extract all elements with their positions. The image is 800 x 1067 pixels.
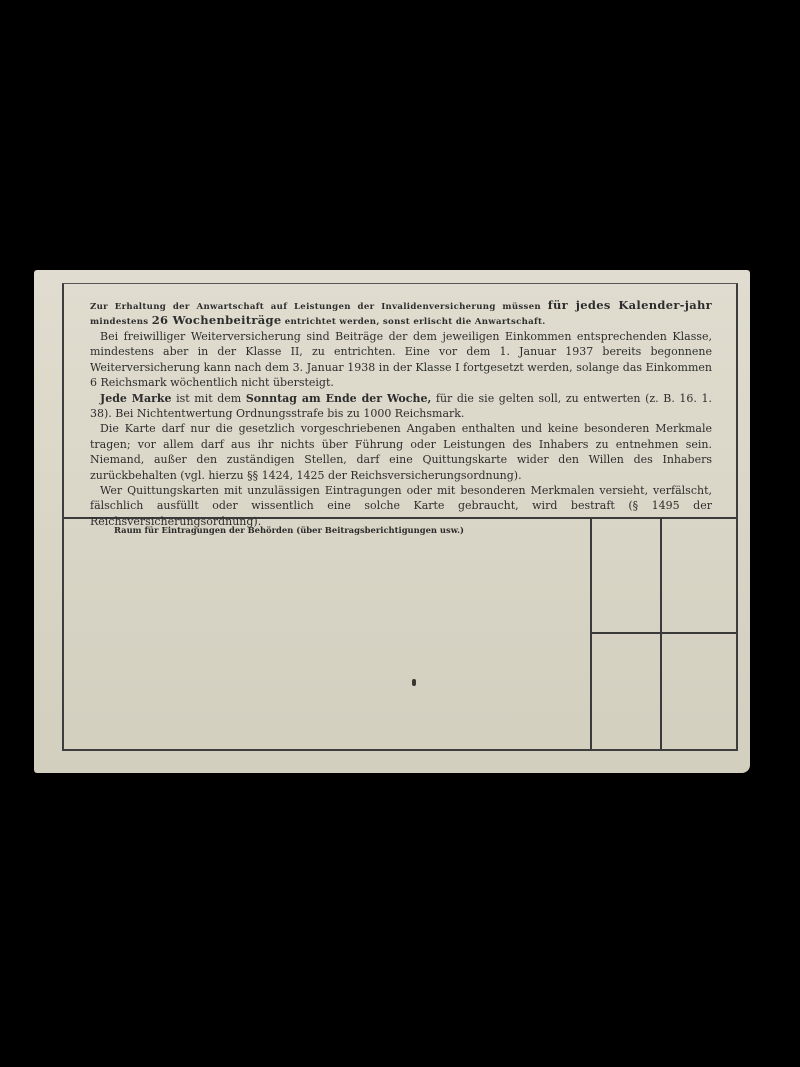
text-emphasis: Sonntag am Ende der Woche,	[246, 392, 431, 405]
text: mindestens	[90, 317, 152, 327]
column-divider-2	[660, 519, 662, 749]
receipt-card: Zur Erhaltung der Anwartschaft auf Leist…	[34, 270, 750, 773]
paragraph-stamp-cancellation: Jede Marke ist mit dem Sonntag am Ende d…	[90, 391, 712, 422]
card-frame: Zur Erhaltung der Anwartschaft auf Leist…	[62, 283, 738, 751]
text: Zur Erhaltung der Anwartschaft auf Leist…	[90, 302, 548, 312]
column-divider-1	[590, 519, 592, 749]
text: ist mit dem	[172, 392, 246, 405]
authority-entries-area: Raum für Eintragungen der Behörden (über…	[64, 519, 736, 749]
authority-section-label: Raum für Eintragungen der Behörden (über…	[114, 525, 464, 535]
text-emphasis: für jedes Kalender-jahr	[548, 298, 712, 312]
text-emphasis: 26 Wochenbeiträge	[152, 313, 282, 327]
paragraph-voluntary-insurance: Bei freiwilliger Weiterversicherung sind…	[90, 329, 712, 391]
ink-spot	[412, 679, 416, 686]
text-emphasis: Jede Marke	[100, 392, 172, 405]
paragraph-card-rules: Die Karte darf nur die gesetzlich vorges…	[90, 421, 712, 483]
regulations-text-block: Zur Erhaltung der Anwartschaft auf Leist…	[64, 284, 736, 519]
row-divider	[592, 632, 736, 634]
text: entrichtet werden, sonst erlischt die An…	[281, 317, 545, 327]
paragraph-entitlement: Zur Erhaltung der Anwartschaft auf Leist…	[90, 299, 712, 329]
